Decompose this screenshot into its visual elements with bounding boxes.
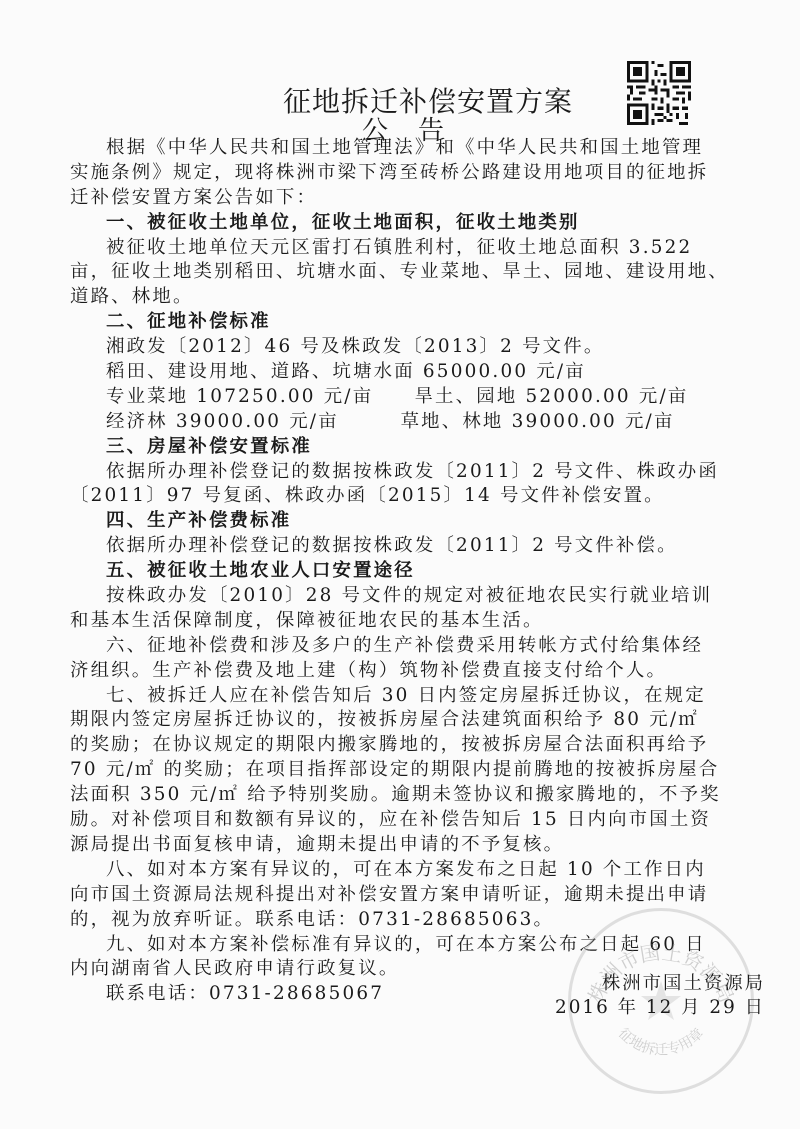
section-heading: 一、被征收土地单位，征收土地面积，征收土地类别: [70, 211, 730, 236]
body-line: 八、如对本方案有异议的，可在本方案发布之日起 10 个工作日内: [70, 858, 730, 883]
body-line: 向市国土资源局法规科提出对补偿安置方案申请听证，逾期未提出申请: [70, 883, 730, 908]
body-line: 源局提出书面复核申请，逾期未提出申请的不予复核。: [70, 833, 730, 858]
section-heading: 四、生产补偿费标准: [70, 509, 730, 534]
section-heading: 三、房屋补偿安置标准: [70, 435, 730, 460]
body-line: 实施条例》规定，现将株洲市梁下湾至砖桥公路建设用地项目的征地拆: [70, 161, 730, 186]
body-line: 〔2011〕97 号复函、株政办函〔2015〕14 号文件补偿安置。: [70, 484, 730, 509]
body-line: 70 元/㎡ 的奖励；在项目指挥部设定的期限内提前腾地的按被拆房屋合: [70, 758, 730, 783]
svg-text:征地拆迁专用章: 征地拆迁专用章: [615, 1025, 707, 1059]
body-line: 的奖励；在协议规定的期限内搬家腾地的，按被拆房屋合法面积再给予: [70, 733, 730, 758]
body-line: 亩，征收土地类别稻田、坑塘水面、专业菜地、旱土、园地、建设用地、: [70, 260, 730, 285]
signature-block: 株洲市国土资源局 2016 年 12 月 29 日: [555, 972, 765, 1020]
body-line: 励。对补偿项目和数额有异议的，应在补偿告知后 15 日内向市国土资: [70, 808, 730, 833]
section-heading: 五、被征收土地农业人口安置途径: [70, 559, 730, 584]
body-line: 根据《中华人民共和国土地管理法》和《中华人民共和国土地管理: [70, 136, 730, 161]
body-line: 法面积 350 元/㎡ 给予特别奖励。逾期未签协议和搬家腾地的，不予奖: [70, 783, 730, 808]
body-line: 湘政发〔2012〕46 号及株政发〔2013〕2 号文件。: [70, 335, 730, 360]
body-line: 按株政办发〔2010〕28 号文件的规定对被征地农民实行就业培训: [70, 584, 730, 609]
section-heading: 二、征地补偿标准: [70, 310, 730, 335]
body-line: 六、征地补偿费和涉及多户的生产补偿费采用转帐方式付给集体经: [70, 634, 730, 659]
body-line: 和基本生活保障制度，保障被征地农民的基本生活。: [70, 609, 730, 634]
notice-body: 根据《中华人民共和国土地管理法》和《中华人民共和国土地管理实施条例》规定，现将株…: [70, 136, 730, 1007]
body-line: 道路、林地。: [70, 285, 730, 310]
body-line: 迁补偿安置方案公告如下：: [70, 186, 730, 211]
issuer-name: 株洲市国土资源局: [555, 972, 765, 996]
body-line: 被征收土地单位天元区雷打石镇胜利村，征收土地总面积 3.522: [70, 236, 730, 261]
body-line: 期限内签定房屋拆迁协议的，按被拆房屋合法建筑面积给予 80 元/㎡: [70, 708, 730, 733]
body-line: 依据所办理补偿登记的数据按株政发〔2011〕2 号文件补偿。: [70, 534, 730, 559]
body-line: 七、被拆迁人应在补偿告知后 30 日内签定房屋拆迁协议，在规定: [70, 684, 730, 709]
body-line: 专业菜地 107250.00 元/亩 旱土、园地 52000.00 元/亩: [70, 385, 730, 410]
body-line: 经济林 39000.00 元/亩 草地、林地 39000.00 元/亩: [70, 410, 730, 435]
issue-date: 2016 年 12 月 29 日: [555, 996, 765, 1020]
body-line: 济组织。生产补偿费及地上建（构）筑物补偿费直接支付给个人。: [70, 659, 730, 684]
document-page: 征地拆迁补偿安置方案 公告 根据《中华人民共和国土地管理法》和《中华人民共和国土…: [0, 0, 800, 1129]
body-line: 稻田、建设用地、道路、坑塘水面 65000.00 元/亩: [70, 360, 730, 385]
qr-code-icon[interactable]: [627, 61, 691, 125]
body-line: 依据所办理补偿登记的数据按株政发〔2011〕2 号文件、株政办函: [70, 460, 730, 485]
